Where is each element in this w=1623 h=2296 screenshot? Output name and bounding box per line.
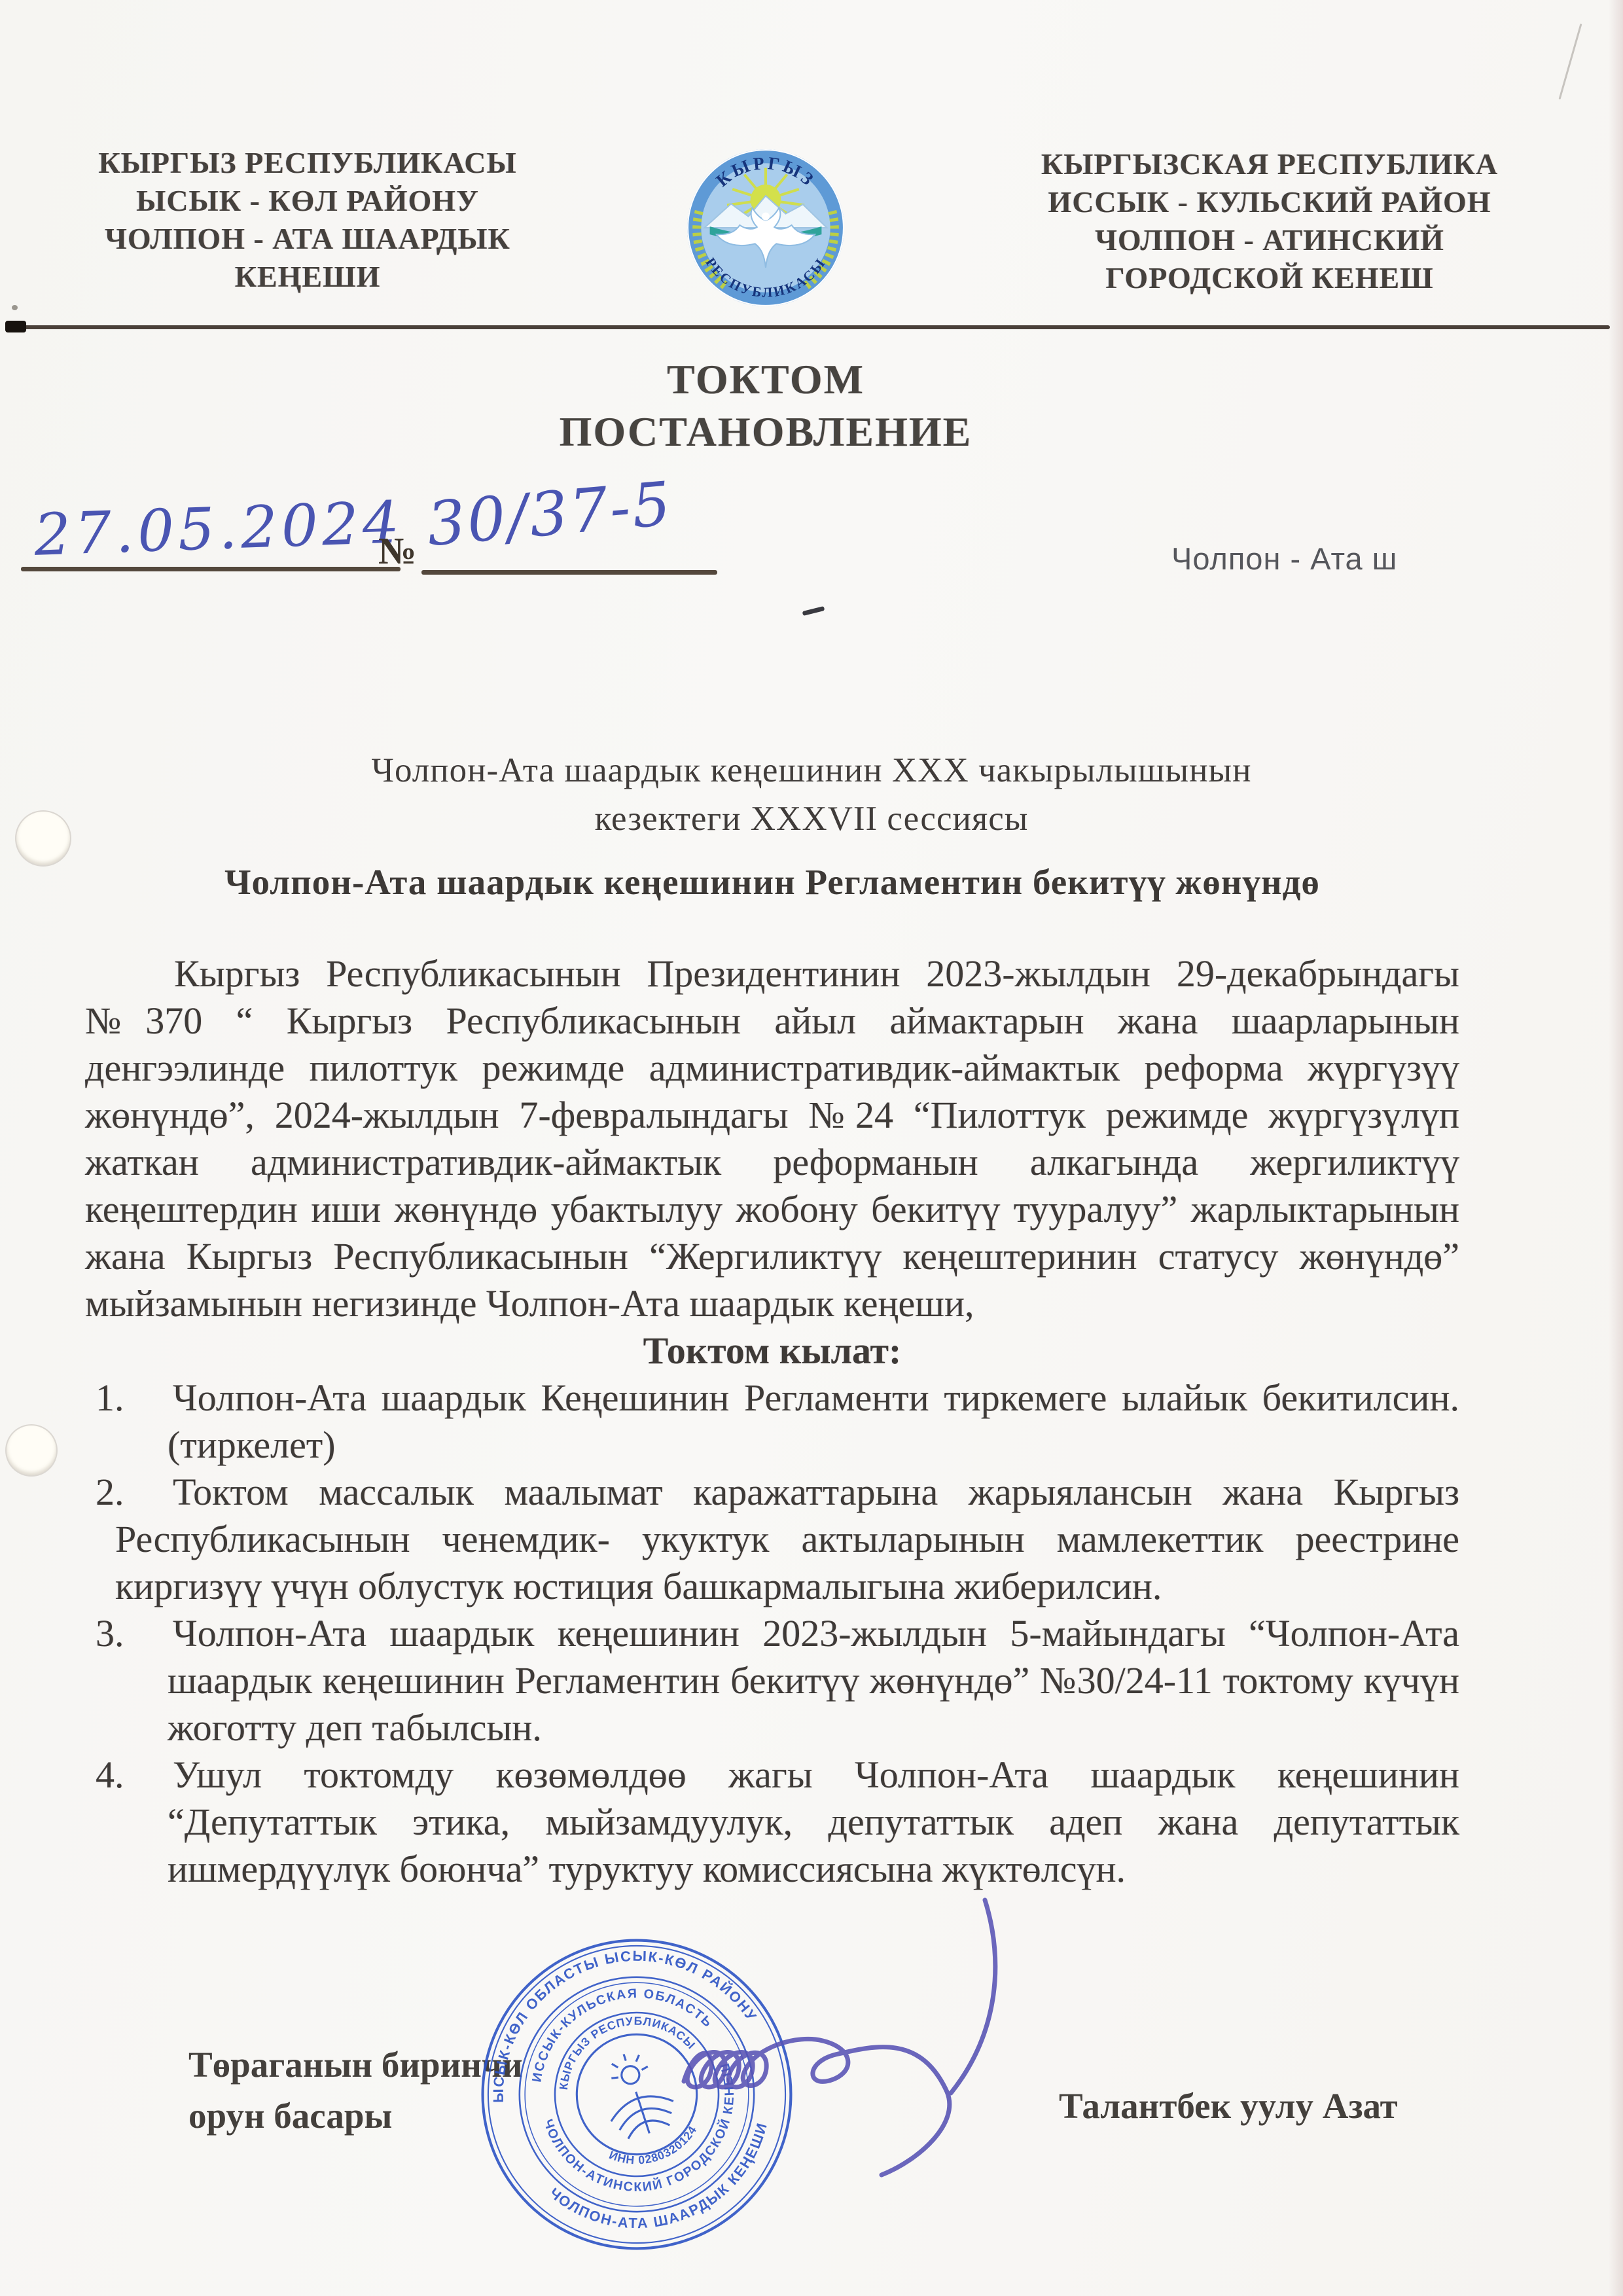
header-right-line: ИССЫК - КУЛЬСКИЙ РАЙОН	[975, 183, 1564, 221]
pen-signature	[638, 1877, 1044, 2191]
title-russian: ПОСТАНОВЛЕНИЕ	[36, 406, 1495, 458]
title-kyrgyz: ТОКТОМ	[36, 353, 1495, 406]
session-line-1: Чолпон-Ата шаардык кеңешинин XXX чакырыл…	[151, 746, 1472, 795]
session-heading: Чолпон-Ата шаардык кеңешинин XXX чакырыл…	[151, 746, 1472, 843]
signer-name: Талантбек уулу Азат	[1059, 2085, 1398, 2126]
kyrgyz-state-emblem-icon: КЫРГЫЗ РЕСПУБЛИКАСЫ	[686, 148, 846, 308]
handwritten-number: 30/37-5	[424, 469, 675, 560]
list-item-number: 2.	[96, 1469, 124, 1516]
list-item: 3.Чолпон-Ата шаардык кеңешинин 2023-жылд…	[85, 1610, 1459, 1751]
resolution-list: 1.Чолпон-Ата шаардык Кеңешинин Регламент…	[85, 1374, 1459, 1893]
hole-punch	[16, 812, 70, 865]
list-item: 2.Токтом массалык маалымат каражаттарына…	[85, 1469, 1459, 1610]
date-underline	[21, 567, 401, 571]
hole-punch	[7, 1426, 56, 1475]
pen-dash-mark	[802, 606, 825, 616]
subject-heading: Чолпон-Ата шаардык кеңешинин Регламентин…	[85, 861, 1459, 903]
preamble-paragraph: Кыргыз Республикасынын Президентинин 202…	[85, 950, 1459, 1327]
list-item-text: Чолпон-Ата шаардык Кеңешинин Регламенти …	[168, 1376, 1459, 1466]
number-underline	[421, 570, 717, 575]
document-title: ТОКТОМ ПОСТАНОВЛЕНИЕ	[36, 353, 1495, 458]
scan-edge-shadow	[1609, 0, 1623, 2296]
header-right-russian: КЫРГЫЗСКАЯ РЕСПУБЛИКА ИССЫК - КУЛЬСКИЙ Р…	[975, 145, 1564, 297]
header-right-line: ЧОЛПОН - АТИНСКИЙ	[975, 221, 1564, 259]
document-body: Кыргыз Республикасынын Президентинин 202…	[85, 950, 1459, 1893]
list-item-text: Токтом массалык маалымат каражаттарына ж…	[115, 1471, 1459, 1607]
list-item: 4.Ушул токтомду көзөмөлдөө жагы Чолпон-А…	[85, 1751, 1459, 1893]
list-item-text: Чолпон-Ата шаардык кеңешинин 2023-жылдын…	[168, 1612, 1459, 1749]
list-item-number: 4.	[96, 1751, 124, 1799]
list-item: 1.Чолпон-Ата шаардык Кеңешинин Регламент…	[85, 1374, 1459, 1469]
scan-scratch	[1559, 24, 1582, 99]
list-item-number: 3.	[96, 1610, 124, 1657]
header-left-line: КЕҢЕШИ	[65, 258, 550, 296]
list-item-number: 1.	[96, 1374, 124, 1422]
resolution-heading: Токтом кылат:	[85, 1327, 1459, 1374]
handwritten-date: 27.05.2024	[33, 488, 404, 569]
header-divider-rule	[13, 325, 1610, 329]
list-item-text: Ушул токтомду көзөмөлдөө жагы Чолпон-Ата…	[168, 1753, 1459, 1890]
scan-speck	[12, 305, 18, 310]
header-right-line: ГОРОДСКОЙ КЕНЕШ	[975, 259, 1564, 297]
header-divider-ink-blob	[5, 321, 26, 332]
session-line-2: кезектеги XXXVII сессиясы	[151, 795, 1472, 843]
header-left-line: ЫСЫК - КӨЛ РАЙОНУ	[65, 182, 550, 220]
header-left-line: КЫРГЫЗ РЕСПУБЛИКАСЫ	[65, 144, 550, 182]
header-left-kyrgyz: КЫРГЫЗ РЕСПУБЛИКАСЫ ЫСЫК - КӨЛ РАЙОНУ ЧО…	[65, 144, 550, 296]
header-left-line: ЧОЛПОН - АТА ШААРДЫК	[65, 220, 550, 258]
number-sign: №	[378, 529, 416, 573]
place-label: Чолпон - Ата ш	[1171, 541, 1397, 577]
scanned-document-page: КЫРГЫЗ РЕСПУБЛИКАСЫ ЫСЫК - КӨЛ РАЙОНУ ЧО…	[0, 0, 1623, 2296]
header-right-line: КЫРГЫЗСКАЯ РЕСПУБЛИКА	[975, 145, 1564, 183]
